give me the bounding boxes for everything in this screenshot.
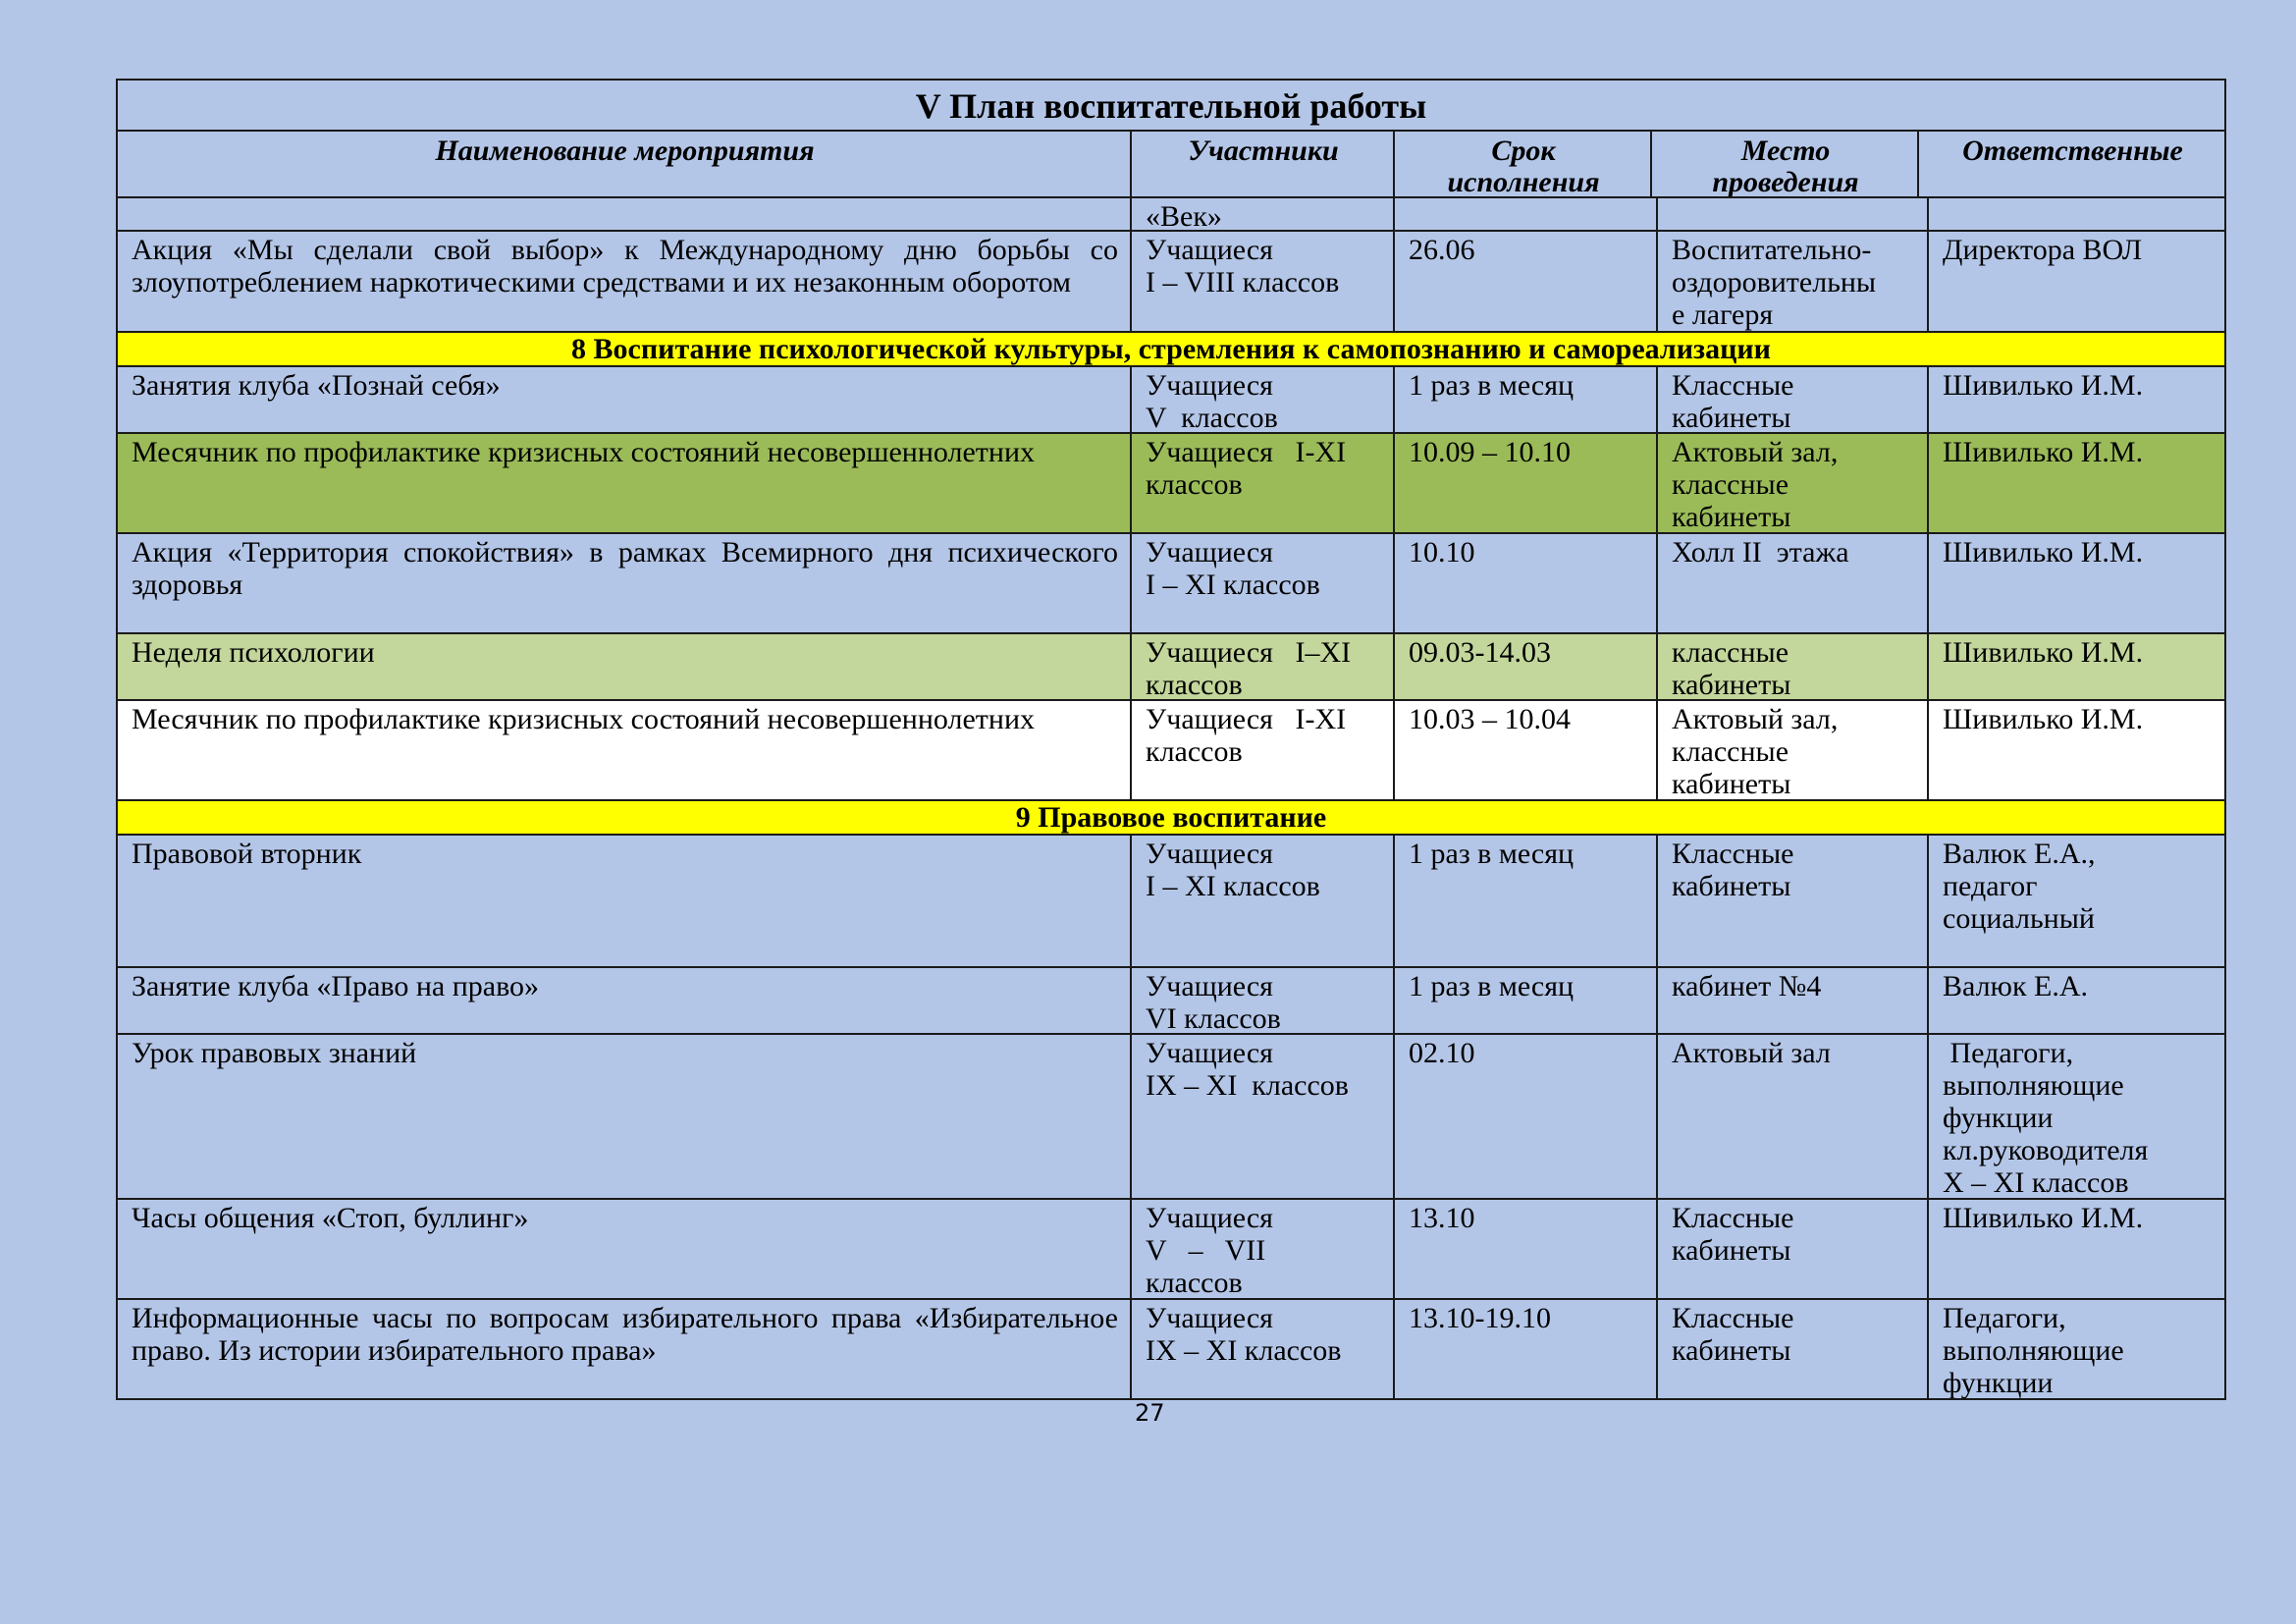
cell-date xyxy=(1393,198,1656,232)
responsible-line: выполняющие xyxy=(1943,1069,2213,1102)
participants-line: Учащиеся xyxy=(1146,970,1381,1002)
participants-line: Учащиеся xyxy=(1146,838,1381,870)
table-row: Акция «Мы сделали свой выбор» к Междунар… xyxy=(116,232,2226,333)
table-title: V План воспитательной работы xyxy=(116,79,2226,132)
responsible-line: Шивилько И.М. xyxy=(1943,703,2213,735)
participants-line: I – XI классов xyxy=(1146,870,1381,902)
cell-responsible xyxy=(1927,198,2226,232)
responsible-line: Шивилько И.М. xyxy=(1943,636,2213,669)
cell-date: 09.03-14.03 xyxy=(1393,634,1656,701)
cell-date: 13.10 xyxy=(1393,1200,1656,1300)
responsible-line: кл.руководителя xyxy=(1943,1134,2213,1166)
cell-event: Информационные часы по вопросам избирате… xyxy=(116,1300,1130,1400)
cell-event: Акция «Территория спокойствия» в рамках … xyxy=(116,534,1130,634)
sections: 8 Воспитание психологической культуры, с… xyxy=(116,333,2226,1400)
responsible-line: Валюк Е.А. xyxy=(1943,970,2213,1002)
cell-event: Неделя психологии xyxy=(116,634,1130,701)
header-place-line-2: проведения xyxy=(1666,167,1905,198)
cell-participants: Учащиеся I-XIклассов xyxy=(1130,701,1393,801)
cell-responsible: Шивилько И.М. xyxy=(1927,534,2226,634)
cell-participants: УчащиесяIX – XI классов xyxy=(1130,1300,1393,1400)
table-row: Неделя психологииУчащиеся I–XIклассов09.… xyxy=(116,634,2226,701)
cell-place: Актовый зал,классныекабинеты xyxy=(1656,434,1927,534)
cell-responsible: Педагоги,выполняющиефункциикл.руководите… xyxy=(1927,1035,2226,1200)
cell-event: Урок правовых знаний xyxy=(116,1035,1130,1200)
participants-line: V классов xyxy=(1146,402,1381,434)
header-participants: Участники xyxy=(1130,132,1393,198)
cell-place: Актовый зал xyxy=(1656,1035,1927,1200)
cell-place: Классныекабинеты xyxy=(1656,1200,1927,1300)
cell-participants: Учащиеся I – VIII классов xyxy=(1130,232,1393,333)
header-deadline: Срок исполнения xyxy=(1393,132,1650,198)
responsible-line: Шивилько И.М. xyxy=(1943,1202,2213,1234)
section-header: 9 Правовое воспитание xyxy=(116,801,2226,836)
participants-line: I – XI классов xyxy=(1146,568,1381,601)
responsible-line: педагог xyxy=(1943,870,2213,902)
place-line: кабинеты xyxy=(1672,870,1915,902)
header-deadline-line-2: исполнения xyxy=(1409,167,1638,198)
responsible-line: Шивилько И.М. xyxy=(1943,436,2213,468)
cell-participants: УчащиесяI – XI классов xyxy=(1130,836,1393,968)
cell-responsible: Валюк Е.А.,педагогсоциальный xyxy=(1927,836,2226,968)
cell-date: 1 раз в месяц xyxy=(1393,367,1656,434)
cell-responsible: Шивилько И.М. xyxy=(1927,701,2226,801)
header-deadline-line-1: Срок xyxy=(1409,135,1638,167)
cell-event: Занятие клуба «Право на право» xyxy=(116,968,1130,1035)
participants-line: V – VII xyxy=(1146,1234,1381,1267)
place-line: классные xyxy=(1672,636,1915,669)
participants-line: Учащиеся xyxy=(1146,1202,1381,1234)
cell-date: 13.10-19.10 xyxy=(1393,1300,1656,1400)
responsible-line: функции xyxy=(1943,1367,2213,1399)
cell-responsible: Шивилько И.М. xyxy=(1927,434,2226,534)
table-row-continuation: «Век» xyxy=(116,198,2226,232)
place-line: Актовый зал, xyxy=(1672,703,1915,735)
responsible-line: выполняющие xyxy=(1943,1334,2213,1367)
cell-participants: УчащиесяIX – XI классов xyxy=(1130,1035,1393,1200)
header-place: Место проведения xyxy=(1650,132,1917,198)
place-line: Актовый зал xyxy=(1672,1037,1915,1069)
cell-date: 10.10 xyxy=(1393,534,1656,634)
cell-responsible: Шивилько И.М. xyxy=(1927,367,2226,434)
table-row: Месячник по профилактике кризисных состо… xyxy=(116,434,2226,534)
place-line: Воспитательно- xyxy=(1672,234,1915,266)
table-header-row: Наименование мероприятия Участники Срок … xyxy=(116,132,2226,198)
cell-participants: УчащиесяI – XI классов xyxy=(1130,534,1393,634)
cell-responsible: Шивилько И.М. xyxy=(1927,1200,2226,1300)
cell-date: 10.03 – 10.04 xyxy=(1393,701,1656,801)
place-line: оздоровительны xyxy=(1672,266,1915,298)
responsible-line: Валюк Е.А., xyxy=(1943,838,2213,870)
place-line: кабинеты xyxy=(1672,501,1915,533)
cell-participants: УчащиесяV – VIIклассов xyxy=(1130,1200,1393,1300)
table-row: Акция «Территория спокойствия» в рамках … xyxy=(116,534,2226,634)
cell-date: 10.09 – 10.10 xyxy=(1393,434,1656,534)
participants-line: VI классов xyxy=(1146,1002,1381,1035)
place-line: е лагеря xyxy=(1672,298,1915,331)
place-line: кабинеты xyxy=(1672,402,1915,434)
cell-participants: «Век» xyxy=(1130,198,1393,232)
place-line: Холл II этажа xyxy=(1672,536,1915,568)
responsible-line: функции xyxy=(1943,1102,2213,1134)
place-line: Классные xyxy=(1672,369,1915,402)
cell-responsible: Директора ВОЛ xyxy=(1927,232,2226,333)
place-line: классные xyxy=(1672,468,1915,501)
place-line: кабинет №4 xyxy=(1672,970,1915,1002)
cell-place: Классныекабинеты xyxy=(1656,1300,1927,1400)
cell-participants: Учащиеся I–XIклассов xyxy=(1130,634,1393,701)
cell-place: Классныекабинеты xyxy=(1656,367,1927,434)
place-line: Классные xyxy=(1672,838,1915,870)
header-responsible: Ответственные xyxy=(1917,132,2226,198)
table-row: Правовой вторникУчащиесяI – XI классов1 … xyxy=(116,836,2226,968)
participants-line: Учащиеся I–XI xyxy=(1146,636,1381,669)
cell-event xyxy=(116,198,1130,232)
cell-event: Часы общения «Стоп, буллинг» xyxy=(116,1200,1130,1300)
cell-event: Месячник по профилактике кризисных состо… xyxy=(116,701,1130,801)
cell-responsible: Шивилько И.М. xyxy=(1927,634,2226,701)
place-line: классные xyxy=(1672,735,1915,768)
participants-line: Учащиеся xyxy=(1146,536,1381,568)
responsible-line: Шивилько И.М. xyxy=(1943,369,2213,402)
table-row: Месячник по профилактике кризисных состо… xyxy=(116,701,2226,801)
cell-participants: УчащиесяV классов xyxy=(1130,367,1393,434)
cell-date: 1 раз в месяц xyxy=(1393,836,1656,968)
participants-line: Учащиеся xyxy=(1146,1037,1381,1069)
place-line: Классные xyxy=(1672,1202,1915,1234)
cell-participants: УчащиесяVI классов xyxy=(1130,968,1393,1035)
cell-event: Акция «Мы сделали свой выбор» к Междунар… xyxy=(116,232,1130,333)
table-row: Информационные часы по вопросам избирате… xyxy=(116,1300,2226,1400)
responsible-line: Педагоги, xyxy=(1943,1302,2213,1334)
page-number: 27 xyxy=(1135,1398,1165,1428)
cell-place xyxy=(1656,198,1927,232)
cell-place: Холл II этажа xyxy=(1656,534,1927,634)
cell-date: 26.06 xyxy=(1393,232,1656,333)
place-line: кабинеты xyxy=(1672,1234,1915,1267)
table-row: Занятие клуба «Право на право»УчащиесяVI… xyxy=(116,968,2226,1035)
participants-line: Учащиеся I-XI xyxy=(1146,436,1381,468)
participants-line: Учащиеся xyxy=(1146,234,1381,266)
participants-line: Учащиеся xyxy=(1146,1302,1381,1334)
table-row: Урок правовых знанийУчащиесяIX – XI клас… xyxy=(116,1035,2226,1200)
responsible-line: Шивилько И.М. xyxy=(1943,536,2213,568)
cell-event: Месячник по профилактике кризисных состо… xyxy=(116,434,1130,534)
section-header: 8 Воспитание психологической культуры, с… xyxy=(116,333,2226,367)
cell-event: Занятия клуба «Познай себя» xyxy=(116,367,1130,434)
responsible-line: Педагоги, xyxy=(1943,1037,2213,1069)
participants-line: классов xyxy=(1146,1267,1381,1299)
cell-responsible: Педагоги,выполняющиефункции xyxy=(1927,1300,2226,1400)
participants-line: IX – XI классов xyxy=(1146,1069,1381,1102)
participants-line: Учащиеся I-XI xyxy=(1146,703,1381,735)
table-row: Занятия клуба «Познай себя»УчащиесяV кла… xyxy=(116,367,2226,434)
place-line: кабинеты xyxy=(1672,669,1915,701)
participants-line: Учащиеся xyxy=(1146,369,1381,402)
responsible-line: социальный xyxy=(1943,902,2213,935)
cell-event: Правовой вторник xyxy=(116,836,1130,968)
cell-place: Классныекабинеты xyxy=(1656,836,1927,968)
cell-place: классныекабинеты xyxy=(1656,634,1927,701)
participants-line: I – VIII классов xyxy=(1146,266,1381,298)
participants-line: классов xyxy=(1146,669,1381,701)
header-place-line-1: Место xyxy=(1666,135,1905,167)
place-line: кабинеты xyxy=(1672,1334,1915,1367)
cell-date: 1 раз в месяц xyxy=(1393,968,1656,1035)
header-event-name: Наименование мероприятия xyxy=(116,132,1130,198)
responsible-line: X – XI классов xyxy=(1943,1166,2213,1199)
cell-place: кабинет №4 xyxy=(1656,968,1927,1035)
participants-line: классов xyxy=(1146,468,1381,501)
place-line: Актовый зал, xyxy=(1672,436,1915,468)
education-plan-table: V План воспитательной работы Наименовани… xyxy=(116,79,2226,1400)
cell-responsible: Валюк Е.А. xyxy=(1927,968,2226,1035)
table-row: Часы общения «Стоп, буллинг»УчащиесяV – … xyxy=(116,1200,2226,1300)
cell-place: Воспитательно- оздоровительны е лагеря xyxy=(1656,232,1927,333)
place-line: Классные xyxy=(1672,1302,1915,1334)
cell-place: Актовый зал,классныекабинеты xyxy=(1656,701,1927,801)
participants-line: классов xyxy=(1146,735,1381,768)
cell-date: 02.10 xyxy=(1393,1035,1656,1200)
participants-line: IX – XI классов xyxy=(1146,1334,1381,1367)
cell-participants: Учащиеся I-XIклассов xyxy=(1130,434,1393,534)
place-line: кабинеты xyxy=(1672,768,1915,800)
